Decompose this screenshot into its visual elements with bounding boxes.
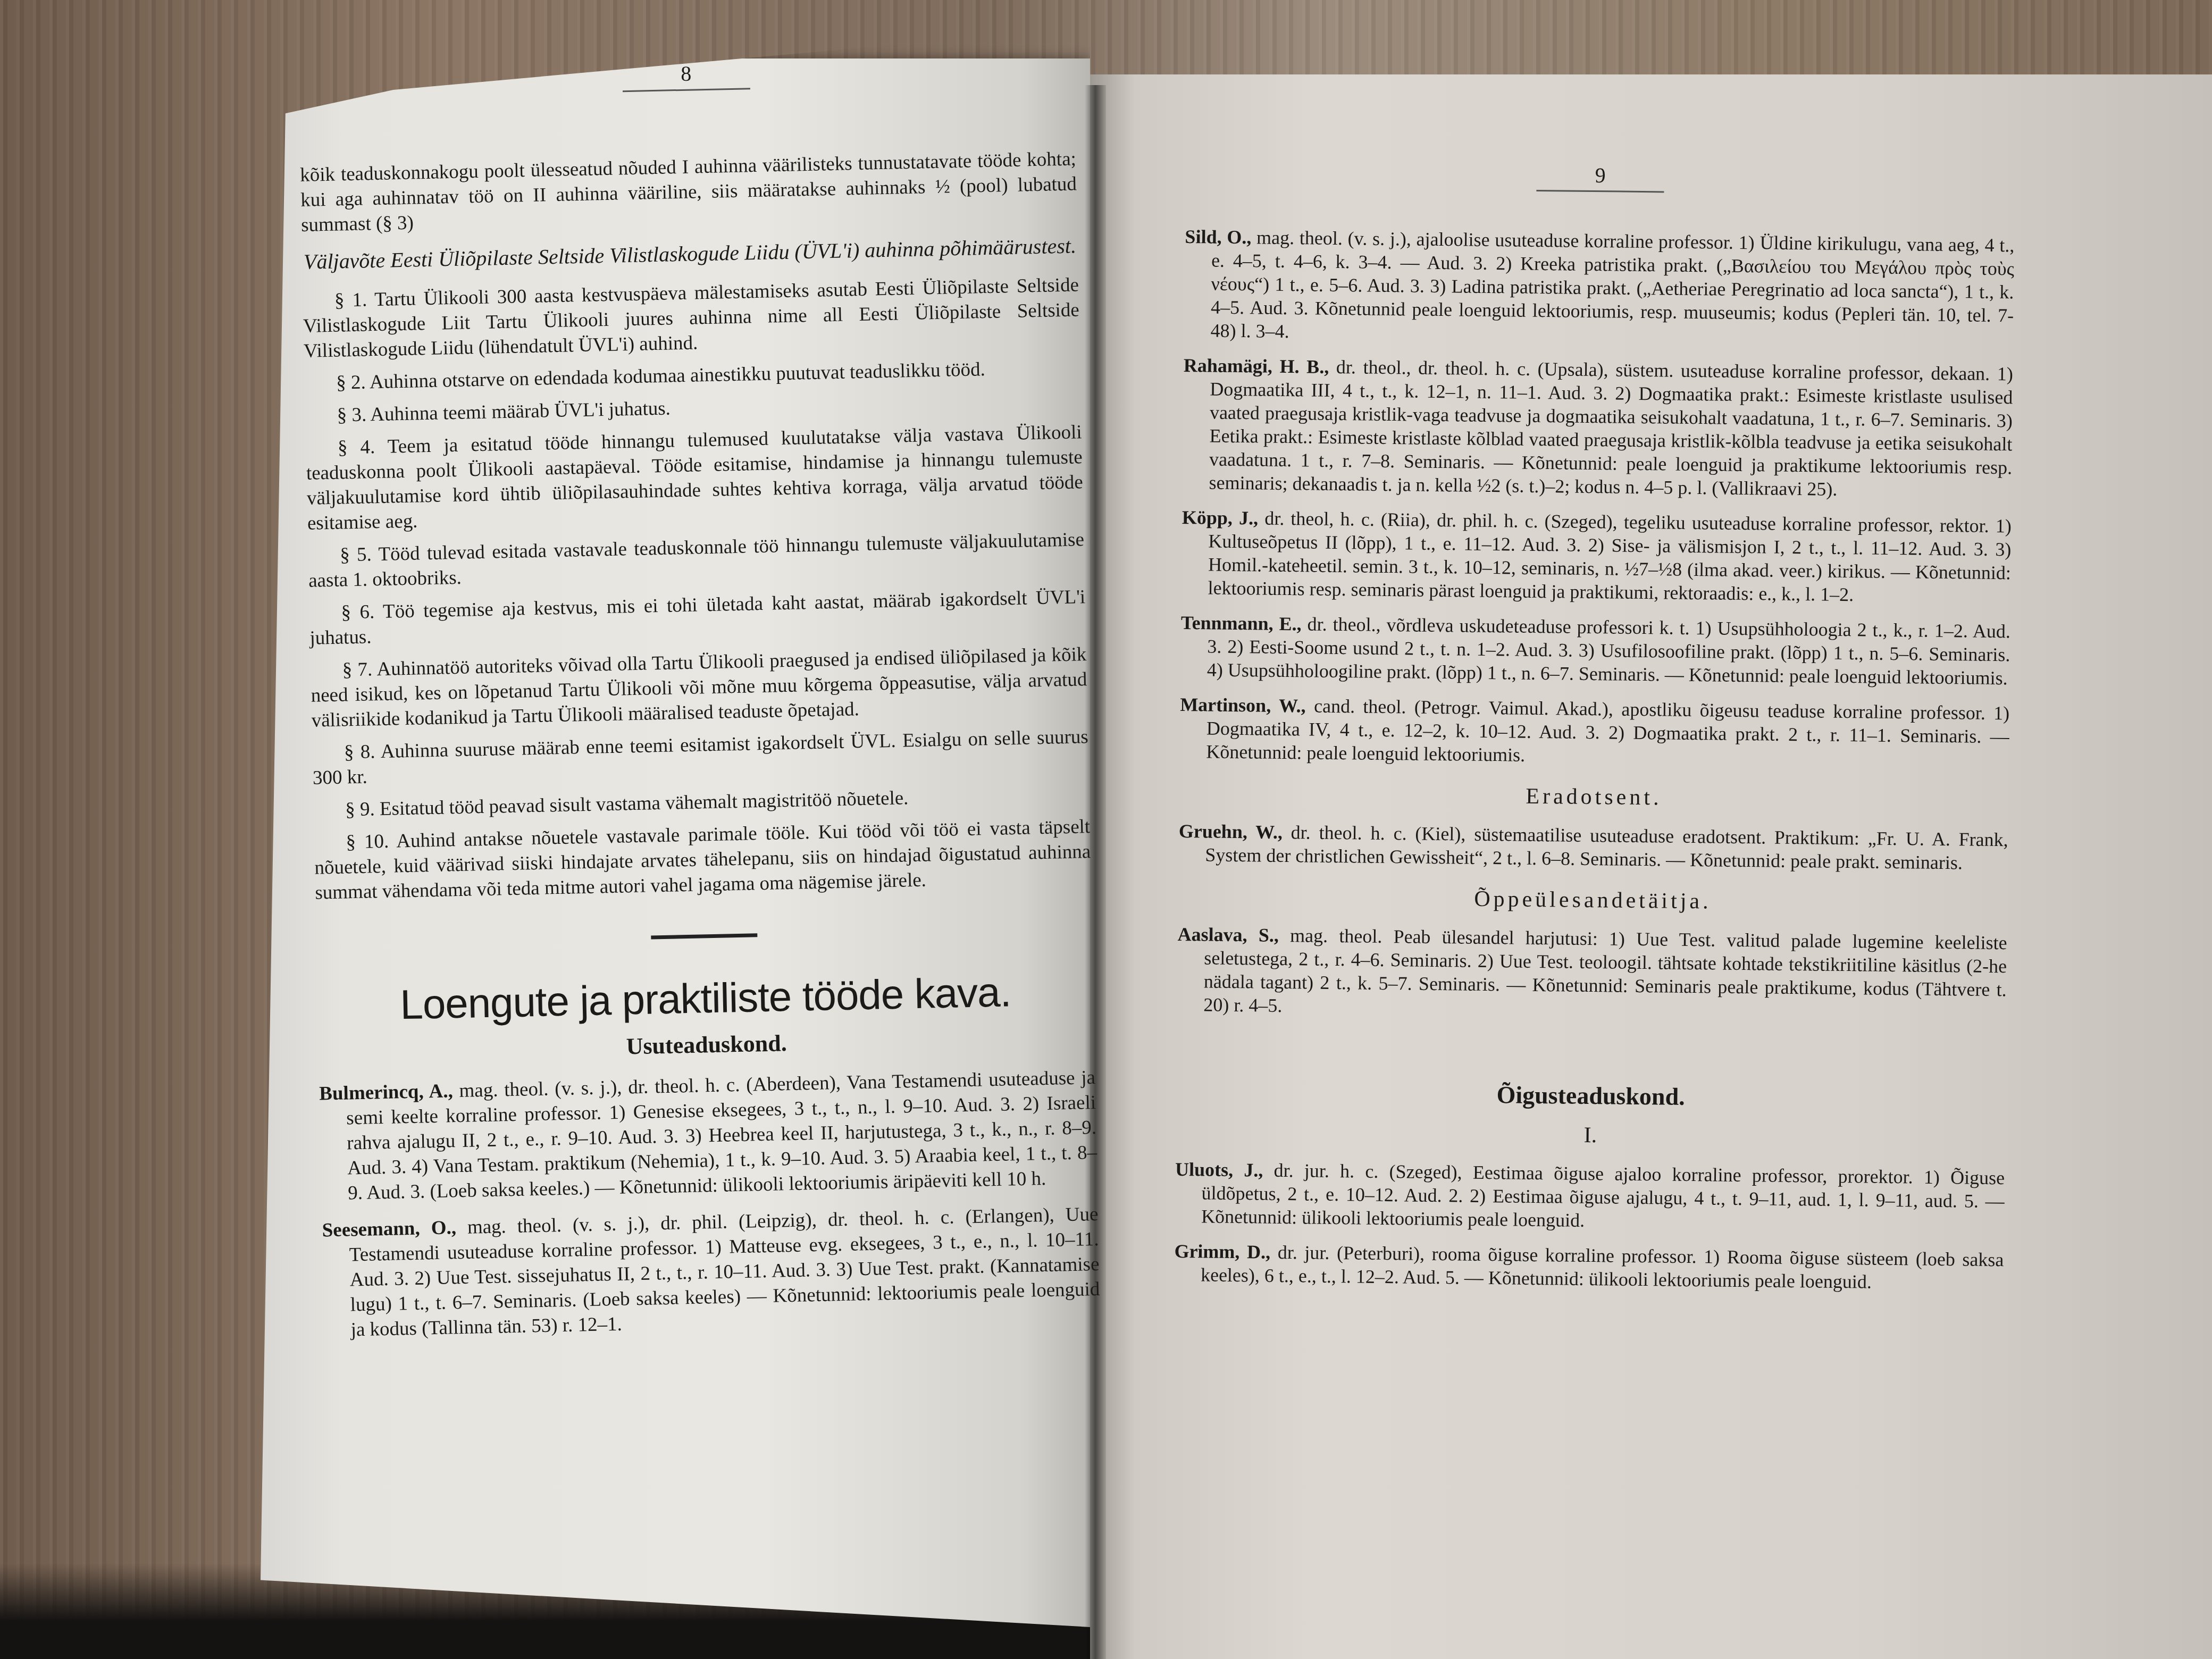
lecturer-details: mag. theol. Peab ülesandel harjutusi: 1)…: [1203, 925, 2007, 1016]
lecturer-name: Martinson, W.,: [1180, 694, 1306, 716]
opening-paragraph: kõik teaduskonnakogu poolt ülesseatud nõ…: [300, 146, 1078, 238]
lecturer-name: Sild, O.,: [1185, 226, 1251, 248]
lecturer-entry: Köpp, J., dr. theol, h. c. (Riia), dr. p…: [1181, 506, 2012, 608]
lecturer-details: mag. theol. (v. s. j.), dr. phil. (Leipz…: [349, 1203, 1100, 1340]
lecturer-details: dr. theol, h. c. (Riia), dr. phil. h. c.…: [1208, 508, 2012, 606]
lecturer-entry: Sild, O., mag. theol. (v. s. j.), ajaloo…: [1184, 225, 2014, 350]
lecturer-entry: Aaslava, S., mag. theol. Peab ülesandel …: [1177, 923, 2007, 1025]
section-numeral: I.: [1176, 1119, 2005, 1151]
section-title-oppeulesandetaitja: Õppeülesandetäitja.: [1178, 884, 2007, 916]
lecturer-entry: Bulmerincq, A., mag. theol. (v. s. j.), …: [319, 1065, 1098, 1206]
lecturer-details: cand. theol. (Petrogr. Vaimul. Akad.), a…: [1206, 696, 2009, 766]
lecturer-entry: Martinson, W., cand. theol. (Petrogr. Va…: [1179, 693, 2009, 772]
lecturer-entry: Uluots, J., dr. jur. h. c. (Szeged), Ees…: [1175, 1158, 2005, 1236]
lecturer-entry: Grimm, D., dr. jur. (Peterburi), rooma õ…: [1174, 1239, 2004, 1295]
lecturer-name: Köpp, J.,: [1182, 507, 1259, 529]
main-title: Loengute ja praktiliste tööde kava.: [317, 978, 1094, 1019]
page-number-rule: [623, 88, 750, 92]
faculty-title-theology: Usuteaduskond.: [318, 1024, 1095, 1066]
lecturer-name: Aaslava, S.,: [1178, 924, 1279, 946]
statute-title: Väljavõte Eesti Üliõpilaste Seltside Vil…: [301, 233, 1078, 275]
statute-paragraph-7: § 7. Auhinnatöö autoriteks võivad olla T…: [310, 642, 1088, 733]
lecturer-details: dr. theol., dr. theol. h. c. (Upsala), s…: [1209, 356, 2013, 500]
lecturer-details: mag. theol. (v. s. j.), dr. theol. h. c.…: [346, 1067, 1097, 1204]
statute-paragraph-6: § 6. Töö tegemise aja kestvus, mis ei to…: [309, 584, 1086, 651]
lecturer-entry: Seesemann, O., mag. theol. (v. s. j.), d…: [322, 1202, 1101, 1343]
lecturer-name: Bulmerincq, A.,: [319, 1080, 453, 1104]
lecturer-name: Uluots, J.,: [1175, 1159, 1263, 1181]
lecturer-name: Seesemann, O.,: [322, 1217, 456, 1241]
statute-paragraph-10: § 10. Auhind antakse nõuetele vastavale …: [314, 814, 1092, 906]
lecturer-name: Rahamägi, H. B.,: [1184, 355, 1329, 378]
lecturer-name: Grimm, D.,: [1174, 1241, 1270, 1263]
statute-paragraph-5: § 5. Tööd tulevad esitada vastavale tead…: [308, 527, 1085, 593]
section-divider: [651, 933, 757, 939]
page-number-rule: [1536, 190, 1664, 193]
statute-paragraph-4: § 4. Teem ja esitatud tööde hinnangu tul…: [305, 420, 1084, 536]
lecturer-entry: Rahamägi, H. B., dr. theol., dr. theol. …: [1182, 354, 2013, 502]
right-page-content: 9 Sild, O., mag. theol. (v. s. j.), ajal…: [1174, 160, 2015, 1306]
lecturer-name: Tennmann, E.,: [1181, 612, 1302, 634]
lecturer-details: mag. theol. (v. s. j.), ajaloolise usute…: [1210, 227, 2014, 342]
lecturer-details: dr. theol., võrdleva uskudeteaduse profe…: [1207, 613, 2010, 689]
lecturer-details: dr. jur. h. c. (Szeged), Eestimaa õiguse…: [1201, 1160, 2005, 1231]
lecturer-entry: Tennmann, E., dr. theol., võrdleva uskud…: [1180, 611, 2010, 690]
left-page-content: 8 kõik teaduskonnakogu poolt ülesseatud …: [298, 53, 1101, 1354]
faculty-title-law: Õigusteaduskond.: [1176, 1080, 2005, 1112]
statute-paragraph-8: § 8. Auhinna suuruse määrab enne teemi e…: [312, 724, 1089, 791]
lecturer-entry: Gruehn, W., dr. theol. h. c. (Kiel), süs…: [1178, 819, 2008, 875]
lecturer-name: Gruehn, W.,: [1179, 820, 1283, 843]
section-title-eradotsent: Eradotsent.: [1179, 781, 2008, 813]
lecturer-details: dr. theol. h. c. (Kiel), süstemaatilise …: [1205, 822, 2008, 873]
lecturer-details: dr. jur. (Peterburi), rooma õiguse korra…: [1201, 1242, 2004, 1293]
statute-paragraph-1: § 1. Tartu Ülikooli 300 aasta kestvuspäe…: [303, 272, 1080, 364]
